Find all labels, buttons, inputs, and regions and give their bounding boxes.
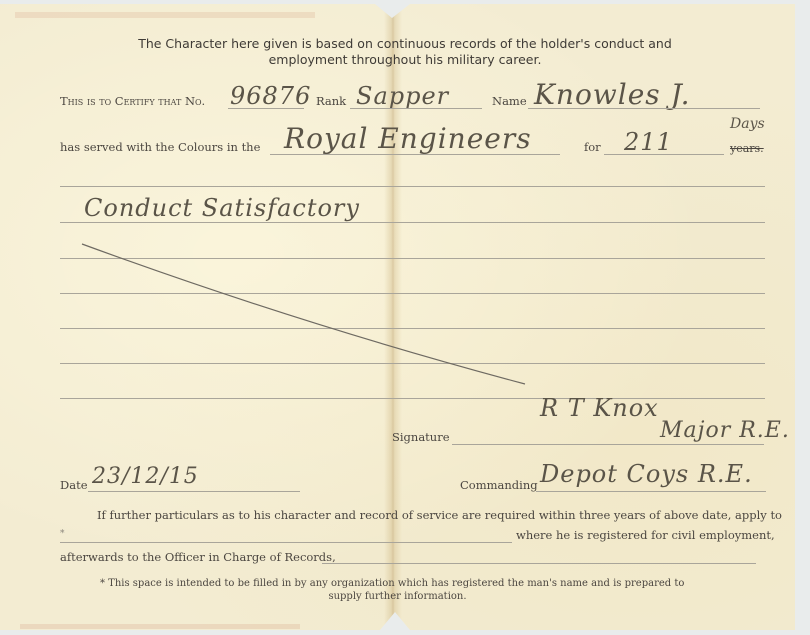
commanding-rule xyxy=(536,491,766,492)
date-label: Date xyxy=(60,478,88,492)
signature-rule xyxy=(452,444,764,445)
records-officer-rule xyxy=(322,563,756,564)
date-value: 23/12/15 xyxy=(92,464,199,489)
footer-line-3: afterwards to the Officer in Charge of R… xyxy=(60,550,336,564)
footer-line-1: If further particulars as to his charact… xyxy=(97,508,782,522)
signed-title: Major R.E. xyxy=(660,418,790,443)
footer-line-2: where he is registered for civil employm… xyxy=(516,528,775,542)
commanding-value: Depot Coys R.E. xyxy=(540,460,753,488)
registration-rule xyxy=(60,542,512,543)
footnote-line-2: supply further information. xyxy=(0,591,795,602)
signed-name: R T Knox xyxy=(540,394,659,422)
footer-asterisk: * xyxy=(60,529,65,539)
date-rule xyxy=(88,491,300,492)
certificate-paper: The Character here given is based on con… xyxy=(0,4,795,630)
signature-label: Signature xyxy=(392,430,450,444)
footnote-line-1: * This space is intended to be filled in… xyxy=(100,578,684,589)
commanding-label: Commanding xyxy=(460,478,538,492)
